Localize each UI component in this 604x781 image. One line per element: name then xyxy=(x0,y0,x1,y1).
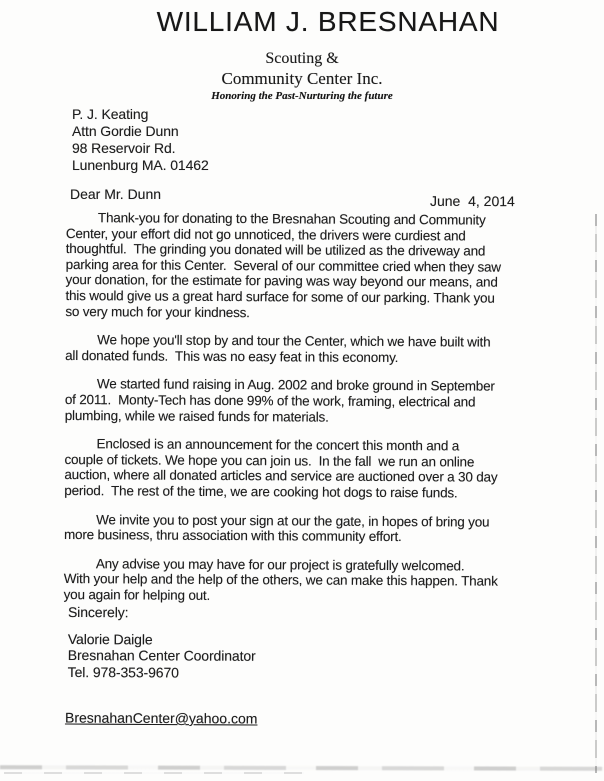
recipient-attn: Attn Gordie Dunn xyxy=(72,123,209,140)
paragraph-concert: Enclosed is an announcement for the conc… xyxy=(64,436,546,501)
letterhead-tagline: Honoring the Past-Nurturing the future xyxy=(0,90,604,102)
scan-edge-artifact xyxy=(595,214,597,773)
paragraph-thanks: Thank-you for donating to the Bresnahan … xyxy=(65,210,548,322)
signature-block: Valorie Daigle Bresnahan Center Coordina… xyxy=(68,630,256,680)
signer-name: Valorie Daigle xyxy=(68,630,256,647)
signer-phone: Tel. 978-353-9670 xyxy=(68,663,256,680)
closing-sincerely: Sincerely: xyxy=(68,604,256,621)
scan-bottom-smudge xyxy=(0,765,604,771)
letterhead: WILLIAM J. BRESNAHAN Scouting & Communit… xyxy=(0,6,604,102)
letterhead-subtitle-line1: Scouting & xyxy=(0,50,604,68)
closing-block: Sincerely: Valorie Daigle Bresnahan Cent… xyxy=(68,604,256,681)
letter-body: Thank-you for donating to the Bresnahan … xyxy=(64,210,548,618)
paragraph-fundraising: We started fund raising in Aug. 2002 and… xyxy=(65,376,547,426)
paragraph-tour: We hope you'll stop by and tour the Cent… xyxy=(65,332,547,366)
recipient-city: Lunenburg MA. 01462 xyxy=(72,157,209,174)
recipient-street: 98 Reservoir Rd. xyxy=(72,140,209,157)
letterhead-title: WILLIAM J. BRESNAHAN xyxy=(26,6,604,38)
letterhead-subtitle-line2: Community Center Inc. xyxy=(0,69,604,89)
recipient-address-block: P. J. Keating Attn Gordie Dunn 98 Reserv… xyxy=(72,106,209,174)
signer-title: Bresnahan Center Coordinator xyxy=(68,647,256,664)
paragraph-sign: We invite you to post your sign at our t… xyxy=(64,511,546,545)
salutation: Dear Mr. Dunn xyxy=(70,186,161,202)
scan-bottom-smudge-2 xyxy=(4,772,304,774)
paragraph-advise: Any advise you may have for our project … xyxy=(64,556,546,606)
letter-date: June 4, 2014 xyxy=(430,193,515,209)
email-address: BresnahanCenter@yahoo.com xyxy=(65,709,258,726)
recipient-name: P. J. Keating xyxy=(72,106,209,123)
scanned-letter-page: WILLIAM J. BRESNAHAN Scouting & Communit… xyxy=(0,0,604,781)
